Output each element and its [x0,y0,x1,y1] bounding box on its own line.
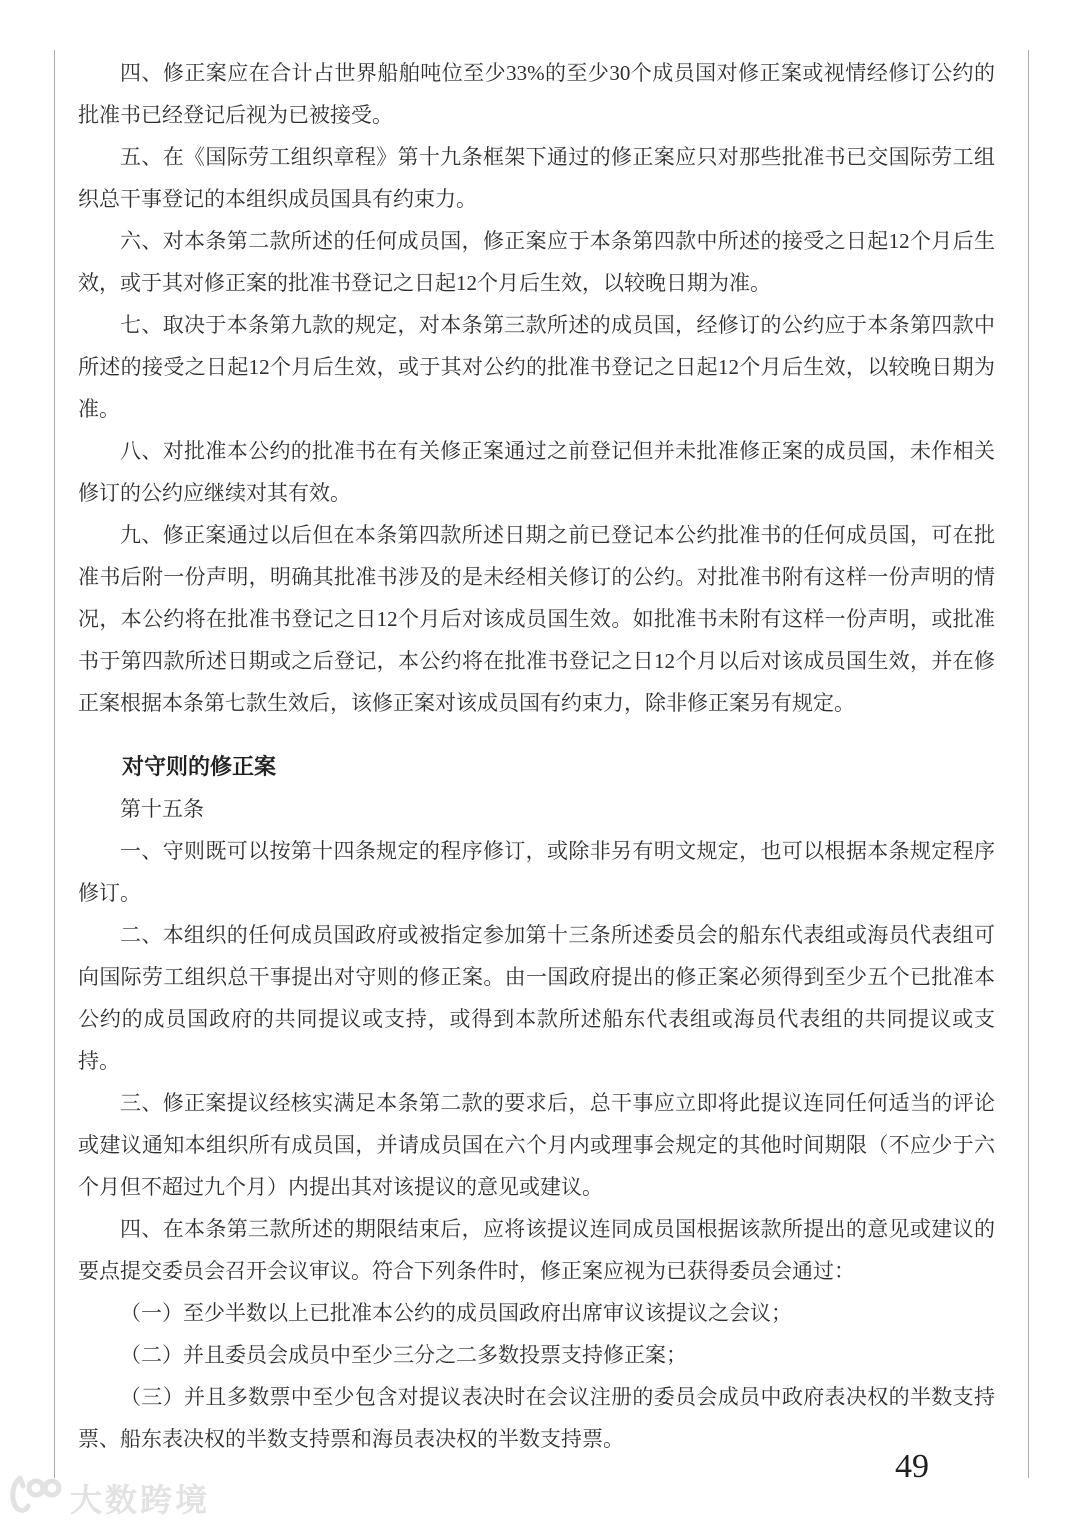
list-item-2: （二）并且委员会成员中至少三分之二多数投票支持修正案； [78,1334,995,1376]
list-item-1: （一）至少半数以上已批准本公约的成员国政府出席审议该提议之会议； [78,1292,995,1334]
watermark: 大数跨境 [8,1474,210,1521]
article-paragraph-3: 三、修正案提议经核实满足本条第二款的要求后，总干事应立即将此提议连同任何适当的评… [78,1082,995,1208]
paragraph-9: 九、修正案通过以后但在本条第四款所述日期之前已登记本公约批准书的任何成员国，可在… [78,514,995,724]
page-number: 49 [895,1448,929,1486]
paragraph-4: 四、修正案应在合计占世界船舶吨位至少33%的至少30个成员国对修正案或视情经修订… [78,52,995,136]
paragraph-8: 八、对批准本公约的批准书在有关修正案通过之前登记但并未批准修正案的成员国，未作相… [78,430,995,514]
paragraph-7: 七、取决于本条第九款的规定，对本条第三款所述的成员国，经修订的公约应于本条第四款… [78,304,995,430]
article-paragraph-1: 一、守则既可以按第十四条规定的程序修订，或除非另有明文规定，也可以根据本条规定程… [78,830,995,914]
dashu-logo-icon [8,1474,62,1521]
paragraph-5: 五、在《国际劳工组织章程》第十九条框架下通过的修正案应只对那些批准书已交国际劳工… [78,136,995,220]
watermark-brand-text: 大数跨境 [70,1475,210,1521]
paragraph-6: 六、对本条第二款所述的任何成员国，修正案应于本条第四款中所述的接受之日起12个月… [78,220,995,304]
section-heading: 对守则的修正案 [78,746,995,788]
article-paragraph-2: 二、本组织的任何成员国政府或被指定参加第十三条所述委员会的船东代表组或海员代表组… [78,914,995,1082]
article-title: 第十五条 [78,788,995,830]
text-block: 四、修正案应在合计占世界船舶吨位至少33%的至少30个成员国对修正案或视情经修订… [78,52,995,1460]
right-margin-rule [1028,50,1029,1478]
left-margin-rule [54,50,55,1478]
document-page: 四、修正案应在合计占世界船舶吨位至少33%的至少30个成员国对修正案或视情经修订… [0,0,1080,1528]
article-paragraph-4: 四、在本条第三款所述的期限结束后，应将该提议连同成员国根据该款所提出的意见或建议… [78,1208,995,1292]
list-item-3: （三）并且多数票中至少包含对提议表决时在会议注册的委员会成员中政府表决权的半数支… [78,1376,995,1460]
